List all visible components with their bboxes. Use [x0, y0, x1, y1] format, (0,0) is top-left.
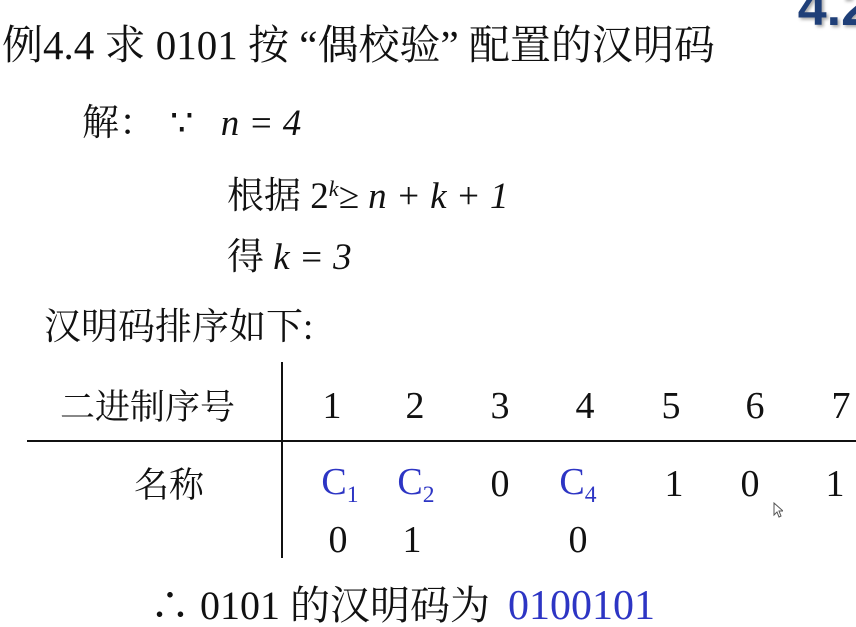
- result-prefix: 得: [227, 237, 264, 278]
- table-vertical-divider: [281, 362, 283, 558]
- rule-base: 2: [310, 176, 329, 217]
- position-cell: 6: [725, 384, 785, 428]
- position-cell: 1: [302, 384, 362, 428]
- slide-title: 例4.4 求 0101 按 “偶校验” 配置的汉明码: [2, 12, 715, 71]
- position-cell: 4: [555, 384, 615, 428]
- name-cell-data-bit: 0: [720, 462, 780, 506]
- rule-prefix: 根据: [227, 176, 301, 217]
- table-horizontal-divider: [27, 440, 856, 442]
- rule-rest: ≥ n + k + 1: [339, 176, 509, 217]
- row-header-positions: 二进制序号: [60, 380, 235, 430]
- order-heading: 汉明码排序如下:: [44, 296, 313, 350]
- position-cell: 5: [641, 384, 701, 428]
- given-n: n = 4: [221, 103, 301, 144]
- name-cell-check-bit: C2: [386, 460, 446, 509]
- section-number: 4.2: [798, 0, 856, 38]
- check-value-c4: 0: [548, 518, 608, 562]
- position-cell: 3: [470, 384, 530, 428]
- row-header-names: 名称: [134, 458, 204, 508]
- solution-label: 解：: [82, 103, 156, 144]
- position-cell: 2: [385, 384, 445, 428]
- rule-exponent: k: [329, 176, 339, 201]
- name-cell-data-bit: 1: [805, 462, 856, 506]
- conclusion-text: 0101 的汉明码为: [200, 583, 490, 627]
- check-value-c1: 0: [308, 518, 368, 562]
- name-cell-data-bit: 1: [644, 462, 704, 506]
- name-cell-check-bit: C4: [548, 460, 608, 509]
- therefore-symbol: ∴: [150, 583, 190, 627]
- because-symbol: ∵: [170, 103, 194, 144]
- name-cell-data-bit: 0: [470, 462, 530, 506]
- conclusion-line: ∴ 0101 的汉明码为 0100101: [150, 574, 655, 627]
- check-value-c2: 1: [382, 518, 442, 562]
- result-k: k = 3: [273, 237, 351, 278]
- position-cell: 7: [811, 384, 856, 428]
- hamming-code-result: 0100101: [508, 583, 655, 627]
- mouse-cursor-icon: [773, 502, 783, 518]
- solution-line-result: 得 k = 3: [227, 226, 352, 280]
- solution-line-rule: 根据 2k≥ n + k + 1: [227, 165, 509, 219]
- name-cell-check-bit: C1: [310, 460, 370, 509]
- solution-line-given: 解：∵ n = 4: [82, 92, 301, 146]
